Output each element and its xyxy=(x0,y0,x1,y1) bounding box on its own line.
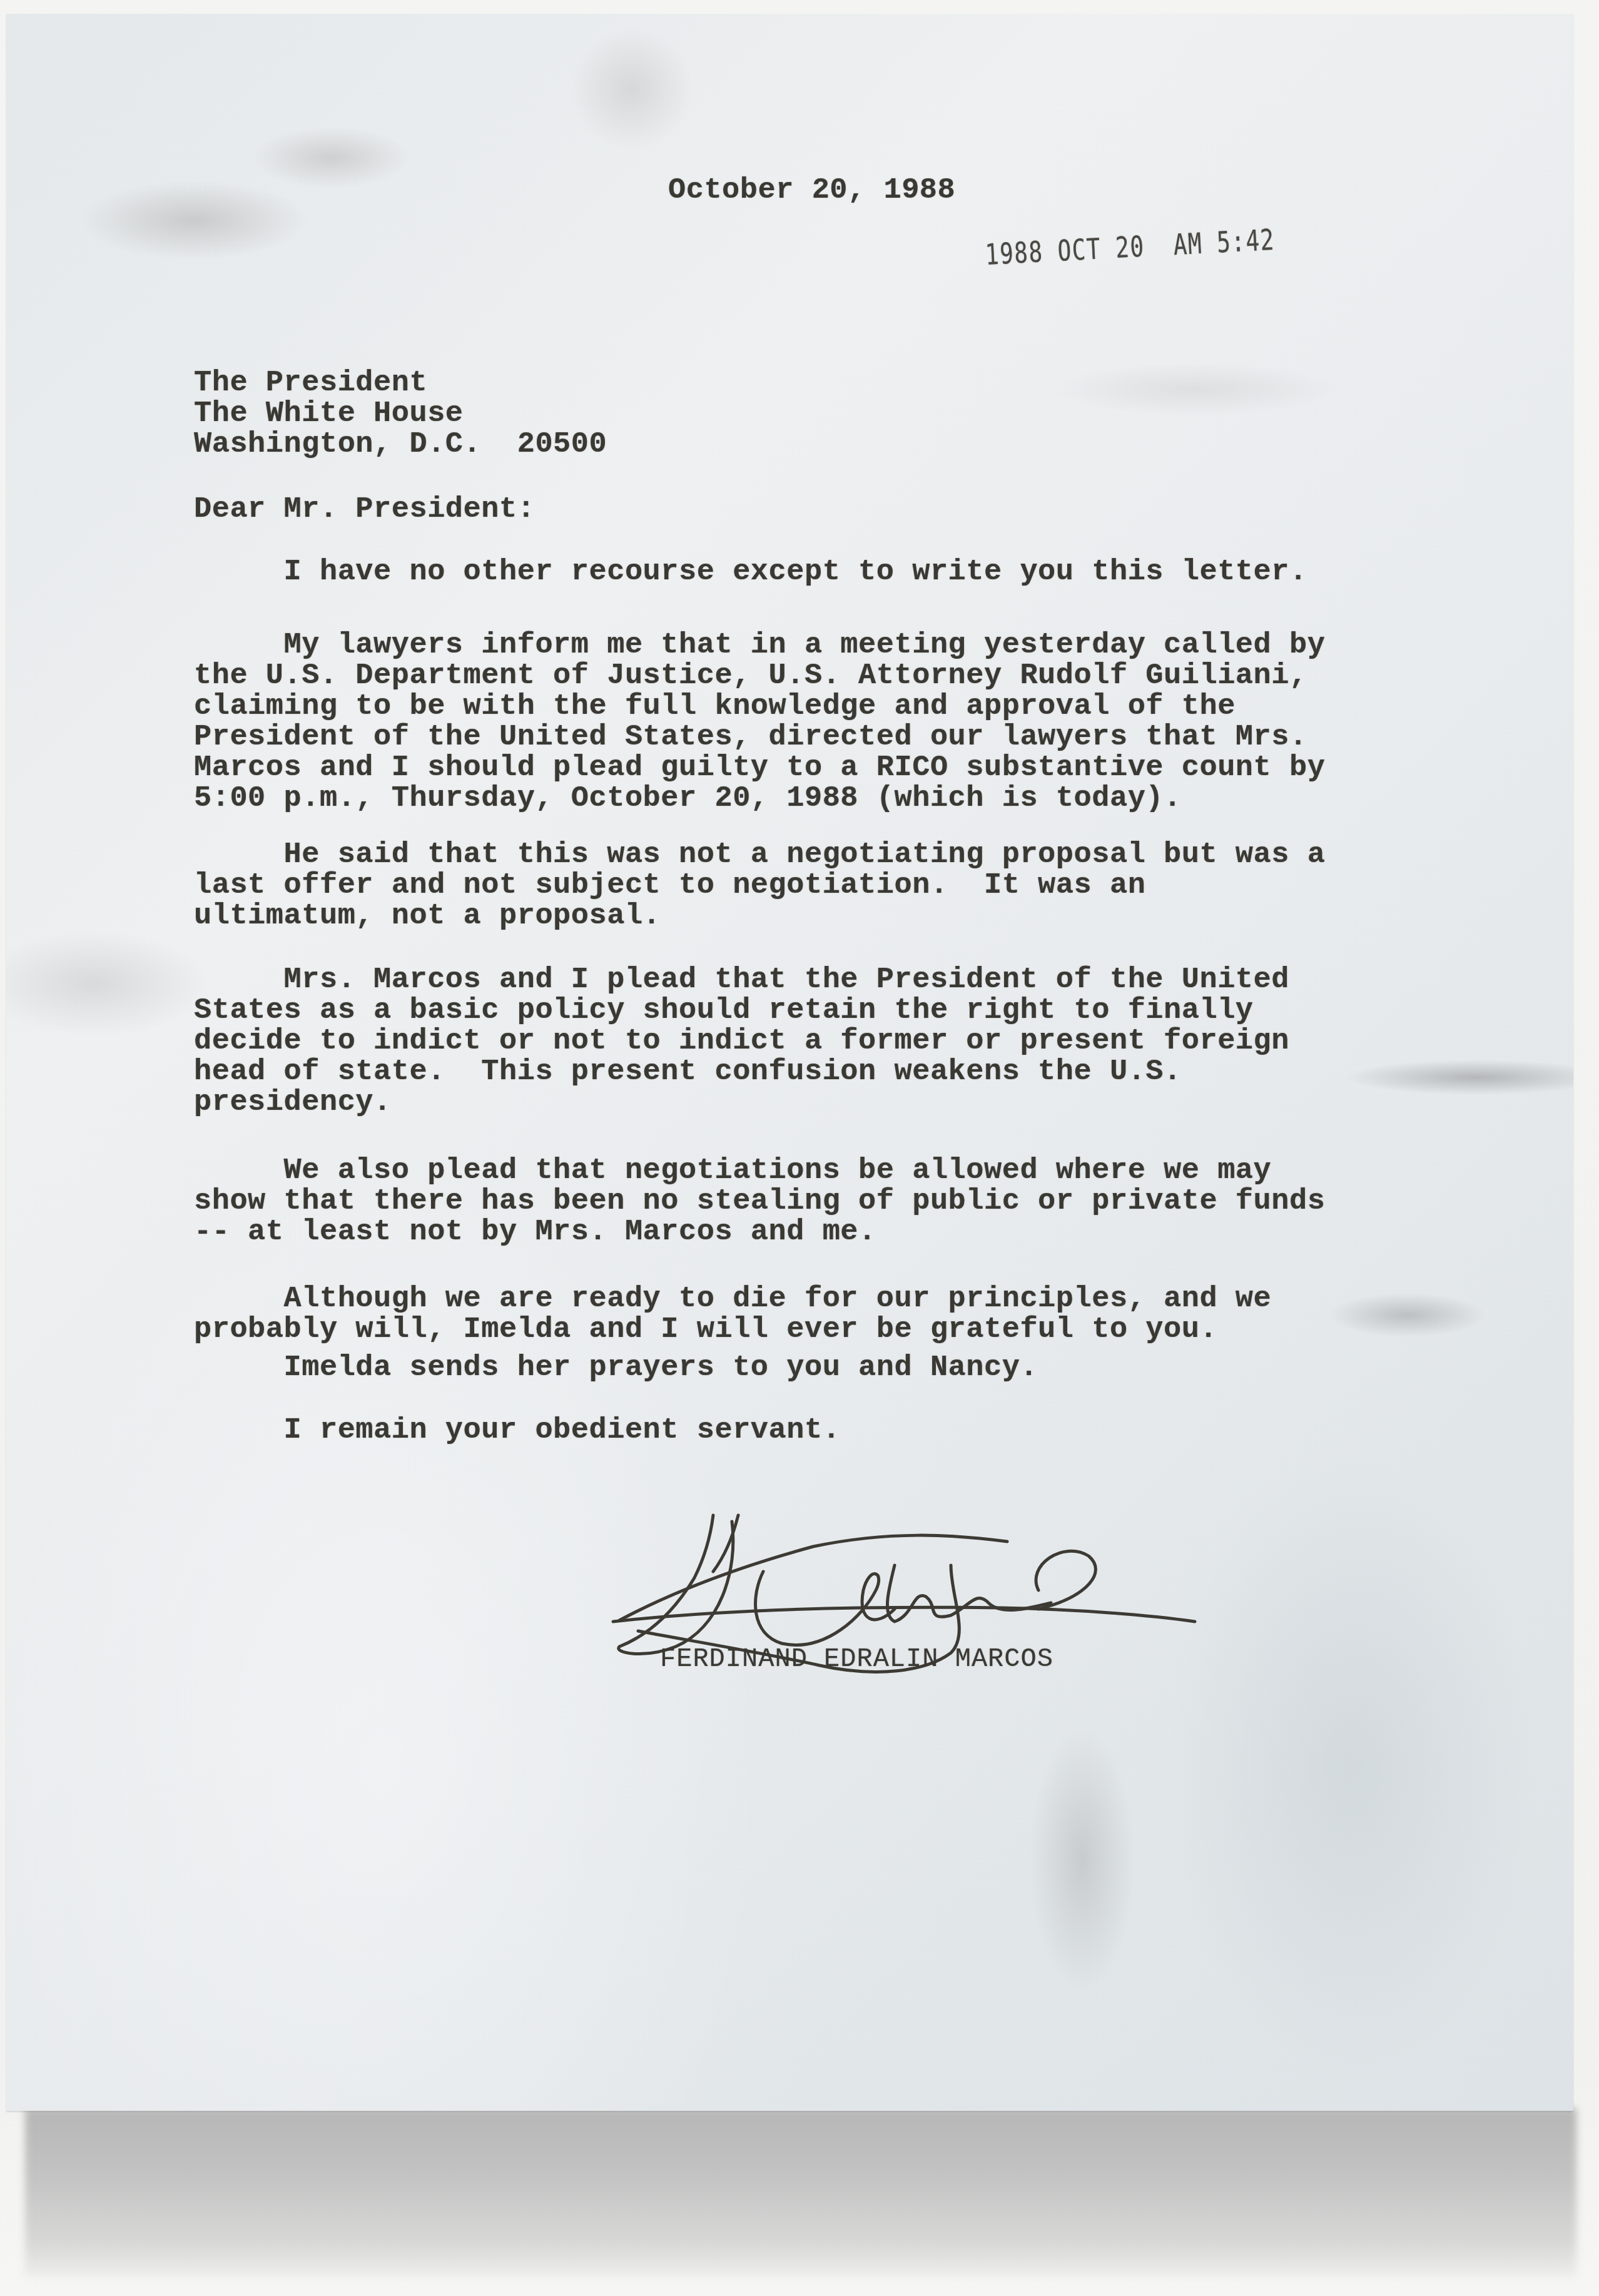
recipient-name: The President xyxy=(194,368,427,399)
paragraph-line: the U.S. Department of Justice, U.S. Att… xyxy=(194,661,1307,691)
paragraph-line: Mrs. Marcos and I plead that the Preside… xyxy=(194,965,1289,995)
paragraph-line: head of state. This present confusion we… xyxy=(194,1057,1182,1087)
paragraph-line: President of the United States, directed… xyxy=(194,722,1307,753)
paragraph-line: claiming to be with the full knowledge a… xyxy=(194,691,1236,722)
paragraph-line: show that there has been no stealing of … xyxy=(194,1186,1325,1217)
paragraph-line: probably will, Imelda and I will ever be… xyxy=(194,1314,1217,1345)
paragraph-line: 5:00 p.m., Thursday, October 20, 1988 (w… xyxy=(194,783,1182,814)
paragraph-line: My lawyers inform me that in a meeting y… xyxy=(194,630,1325,661)
recipient-org: The White House xyxy=(194,399,464,429)
paragraph-line: presidency. xyxy=(194,1087,392,1118)
signatory-name: FERDINAND EDRALIN MARCOS xyxy=(660,1644,1053,1674)
paragraph-line: Marcos and I should plead guilty to a RI… xyxy=(194,753,1325,783)
salutation: Dear Mr. President: xyxy=(194,494,535,525)
paragraph-line: -- at least not by Mrs. Marcos and me. xyxy=(194,1217,876,1247)
paragraph-line: He said that this was not a negotiating … xyxy=(194,840,1325,870)
paragraph-line: I have no other recourse except to write… xyxy=(194,557,1307,587)
paragraph-line: ultimatum, not a proposal. xyxy=(194,901,661,932)
paragraph-line: Although we are ready to die for our pri… xyxy=(194,1284,1271,1314)
paragraph-line: Imelda sends her prayers to you and Nanc… xyxy=(194,1353,1038,1383)
paragraph-line: decide to indict or not to indict a form… xyxy=(194,1026,1289,1057)
letter-page: October 20, 1988 1988 OCT 20 AM 5:42 The… xyxy=(6,14,1573,2111)
paragraph-line: I remain your obedient servant. xyxy=(194,1415,840,1446)
recipient-address: Washington, D.C. 20500 xyxy=(194,429,607,460)
received-stamp: 1988 OCT 20 AM 5:42 xyxy=(985,223,1276,272)
page-shadow xyxy=(25,2108,1576,2277)
letter-date: October 20, 1988 xyxy=(668,175,955,206)
paragraph-line: We also plead that negotiations be allow… xyxy=(194,1156,1271,1186)
paragraph-line: last offer and not subject to negotiatio… xyxy=(194,870,1145,901)
paragraph-line: States as a basic policy should retain t… xyxy=(194,995,1254,1026)
